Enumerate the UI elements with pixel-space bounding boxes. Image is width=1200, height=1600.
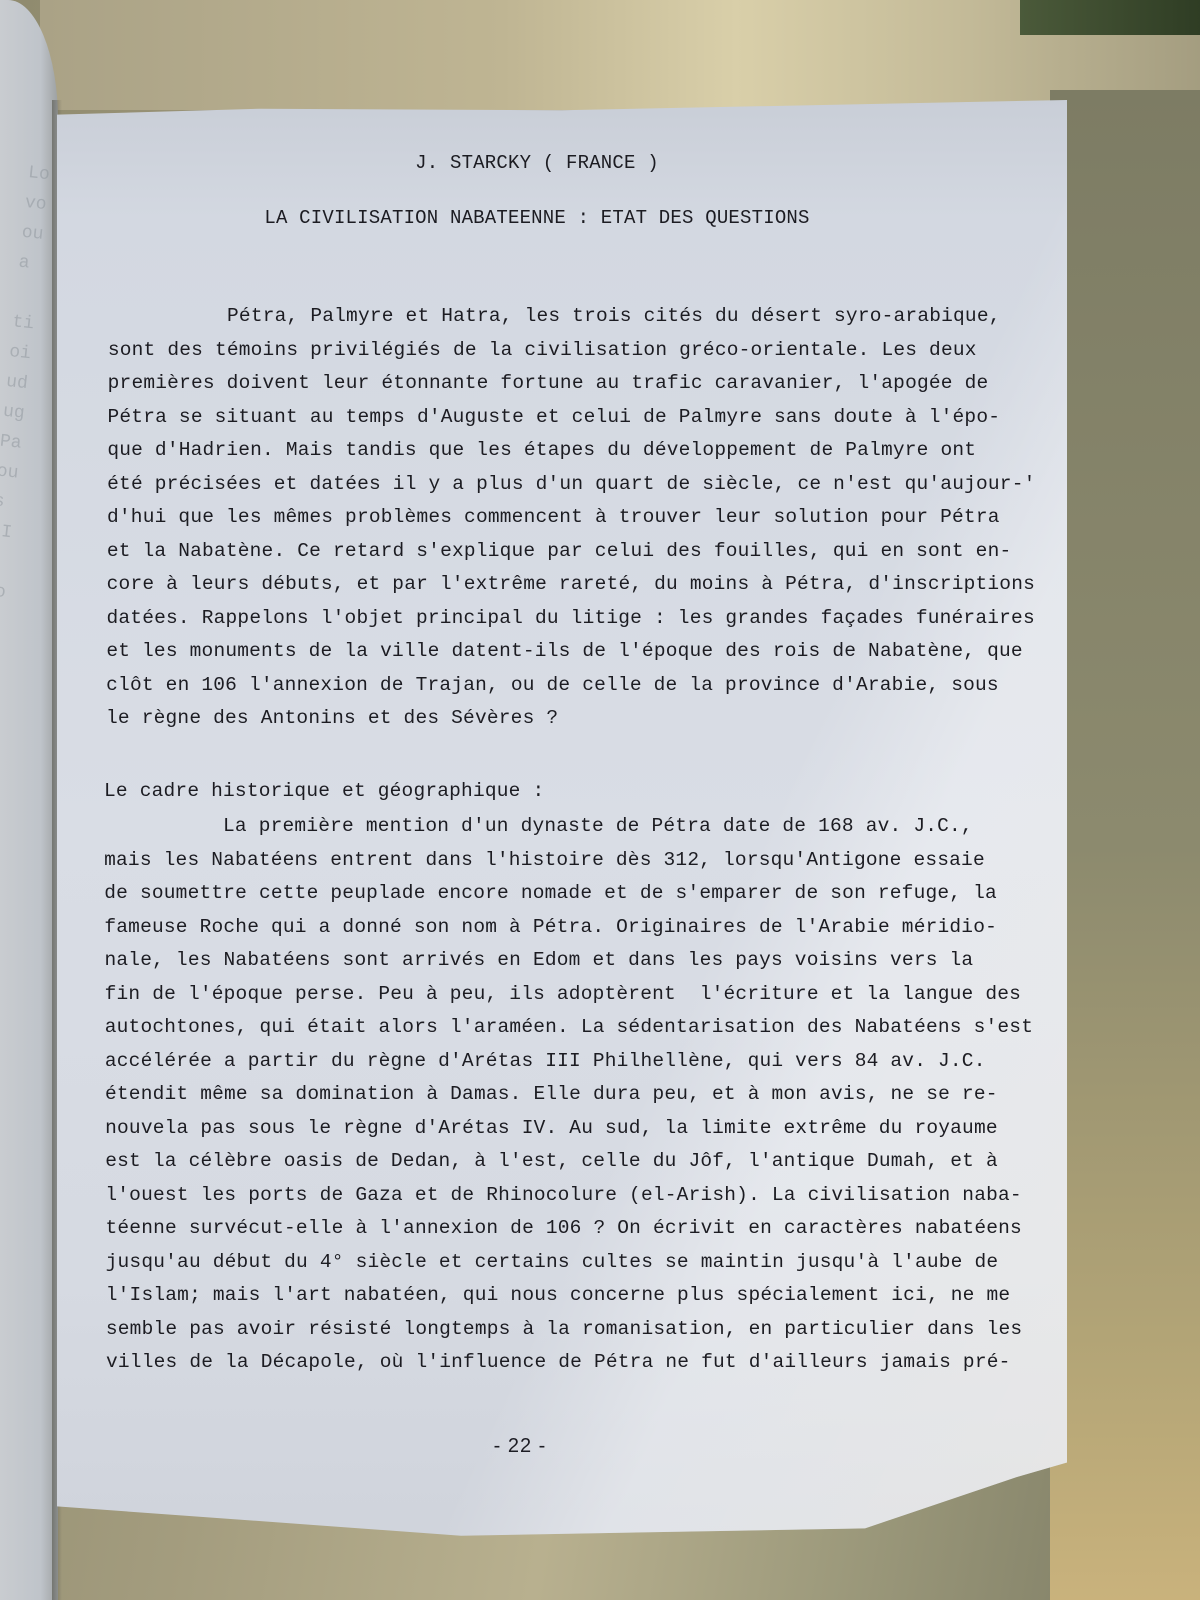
text-line: clôt en 106 l'annexion de Trajan, ou de … [106, 673, 999, 697]
text-line: téenne survécut-elle à l'annexion de 106… [106, 1216, 1022, 1240]
text-line: est la célèbre oasis de Dedan, à l'est, … [105, 1149, 998, 1173]
text-line: que d'Hadrien. Mais tandis que les étape… [107, 438, 976, 462]
text-line: et les monuments de la ville datent-ils … [106, 639, 1022, 663]
text-line: l'ouest les ports de Gaza et de Rhinocol… [105, 1183, 1021, 1207]
text-line: semble pas avoir résisté longtemps à la … [106, 1317, 1022, 1341]
text-line: le règne des Antonins et des Sévères ? [106, 706, 558, 730]
section-heading: Le cadre historique et géographique : [104, 780, 544, 802]
text-line: mais les Nabatéens entrent dans l'histoi… [104, 848, 985, 872]
text-line: jusqu'au début du 4° siècle et certains … [106, 1250, 999, 1274]
text-line: datées. Rappelons l'objet principal du l… [107, 606, 1035, 630]
underlying-book-page: Lo vo ou a ti oi ud ug Pa ou s I I po [0, 0, 58, 1600]
text-line: été précisées et datées il y a plus d'un… [107, 472, 1035, 496]
text-line: sont des témoins privilégiés de la civil… [108, 338, 977, 362]
text-line: villes de la Décapole, où l'influence de… [106, 1350, 1011, 1374]
page-number: - 22 - [460, 1435, 580, 1458]
text-line: fameuse Roche qui a donné son nom à Pétr… [104, 915, 997, 939]
text-line: core à leurs débuts, et par l'extrême ra… [107, 572, 1035, 596]
text-line: d'hui que les mêmes problèmes commencent… [107, 505, 1000, 529]
text-line: Pétra se situant au temps d'Auguste et c… [108, 405, 1001, 429]
bleed-through-text: Lo vo ou a ti oi ud ug Pa ou s I I po [0, 158, 58, 612]
background-foliage [1020, 0, 1200, 35]
text-line: étendit même sa domination à Damas. Elle… [105, 1082, 998, 1106]
background-kraft-paper [1050, 90, 1200, 1600]
text-line: accélérée a partir du règne d'Arétas III… [105, 1049, 986, 1073]
text-line: La première mention d'un dynaste de Pétr… [104, 814, 973, 838]
author-line: J. STARCKY ( FRANCE ) [72, 152, 1002, 174]
article-title: LA CIVILISATION NABATEENNE : ETAT DES QU… [72, 207, 1002, 229]
text-line: de soumettre cette peuplade encore nomad… [104, 881, 997, 905]
text-line: premières doivent leur étonnante fortune… [108, 371, 989, 395]
text-line: fin de l'époque perse. Peu à peu, ils ad… [105, 982, 1021, 1006]
text-line: Pétra, Palmyre et Hatra, les trois cités… [108, 304, 1001, 328]
text-line: nouvela pas sous le règne d'Arétas IV. A… [105, 1116, 998, 1140]
text-line: nale, les Nabatéens sont arrivés en Edom… [105, 948, 974, 972]
text-line: autochtones, qui était alors l'araméen. … [105, 1015, 1033, 1039]
text-line: l'Islam; mais l'art nabatéen, qui nous c… [106, 1283, 1011, 1307]
text-line: et la Nabatène. Ce retard s'explique par… [107, 539, 1012, 563]
